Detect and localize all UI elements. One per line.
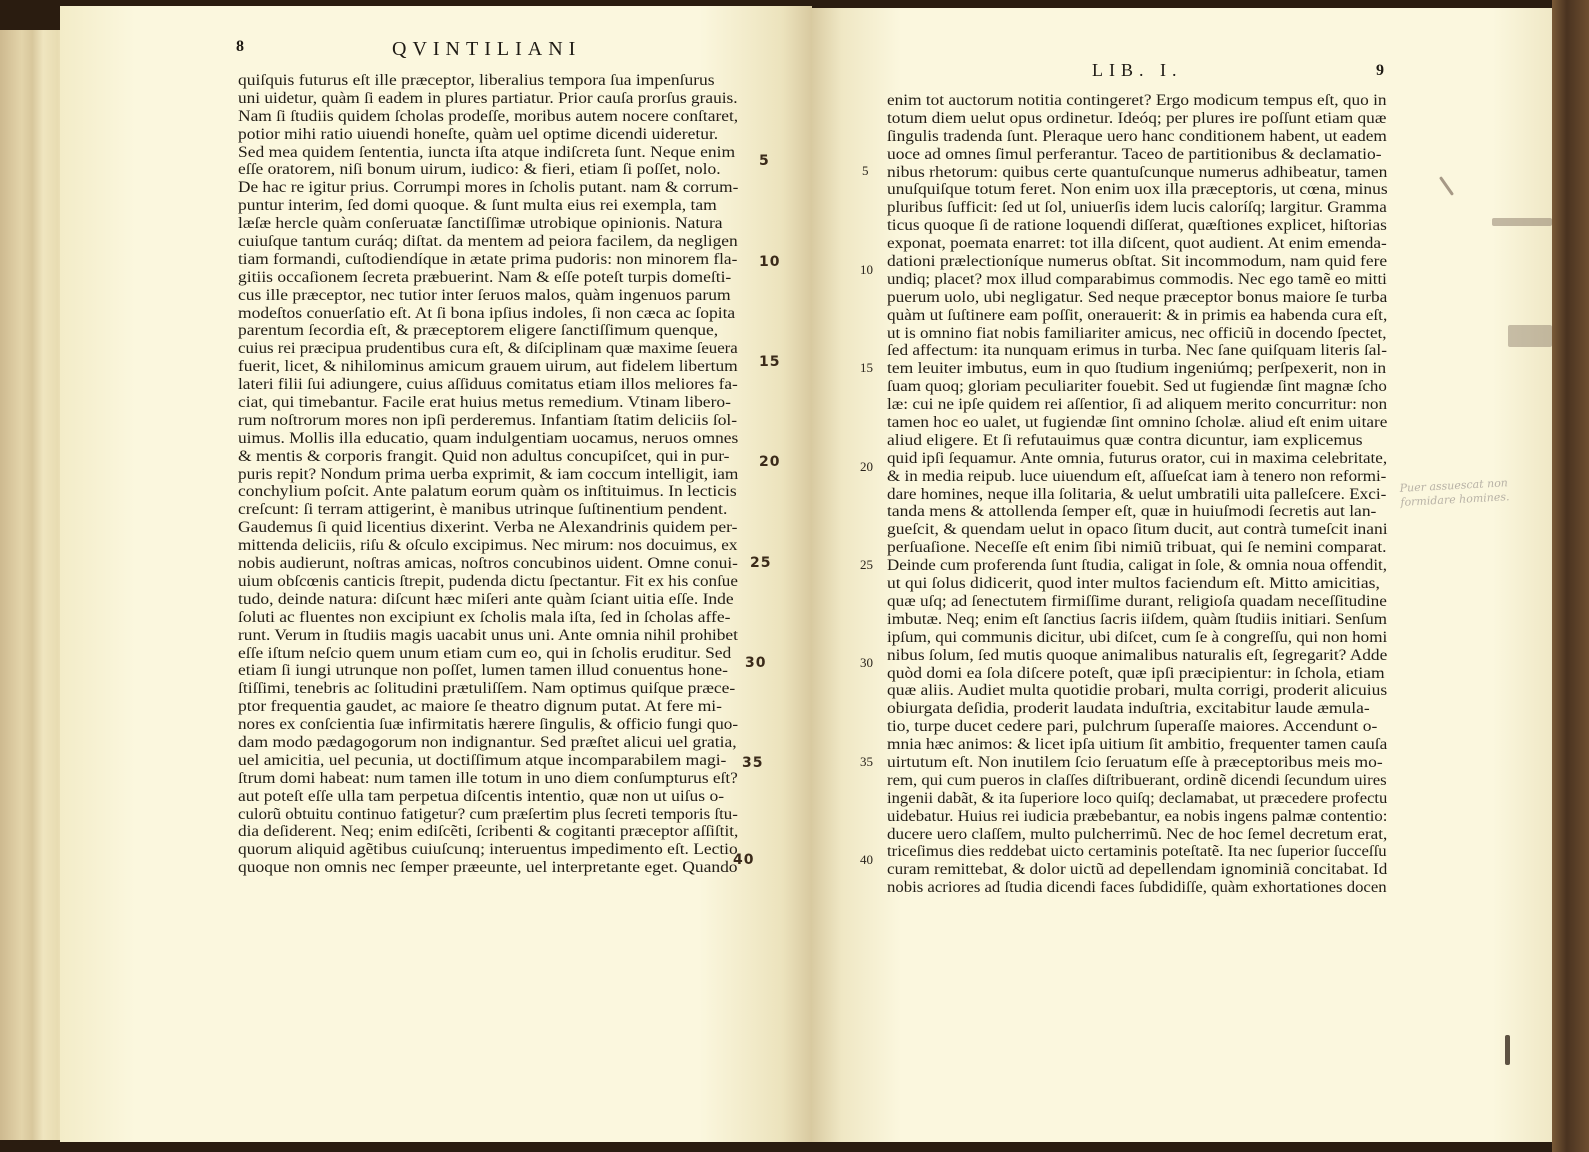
margin-number-15: 15 — [759, 354, 780, 370]
text-line: uel amicitia, uel pecunia, ut doctiſſimu… — [238, 752, 778, 770]
text-line: totum diem uelut opus ordinetur. Ideóq; … — [887, 110, 1421, 128]
text-line: uium obſcœnis canticis ſtrepit, pudenda … — [238, 573, 765, 591]
tab-stain-mark — [1492, 218, 1552, 226]
line-number-10: 10 — [860, 262, 873, 278]
text-line: ſoluti ac fluentes non excipiunt ex ſcho… — [238, 609, 778, 627]
text-line: undiq; placet? mox illud comparabimus co… — [887, 271, 1408, 289]
text-line: uimus. Mollis illa educatio, quam indulg… — [238, 430, 775, 448]
line-number-40: 40 — [860, 852, 873, 868]
left-page-text: quiſquis futurus eſt ille præceptor, lib… — [238, 72, 738, 877]
tab-stain-mark — [1508, 325, 1552, 347]
text-line: tamen hoc eo ualet, ut fugiendæ ſint omn… — [887, 414, 1418, 432]
text-line: tanda mens & attollenda ſemper eſt, quæ … — [887, 503, 1427, 521]
margin-number-5: 5 — [759, 153, 770, 169]
text-line: ipſum, qui communis dicitur, ubi diſcet,… — [887, 629, 1414, 647]
text-line: nibus rhetorum: quibus certe quantuſcunq… — [887, 164, 1426, 182]
text-line: dia deſiderent. Neq; enim ediſcẽti, ſcri… — [238, 823, 769, 841]
line-number-5: 5 — [862, 163, 869, 179]
text-line: nibus ſolum, ſed mutis quoque animalibus… — [887, 647, 1423, 665]
text-line: quoque non omnis nec ſemper præeunte, ue… — [238, 859, 778, 877]
text-line: exponat, poemata enarret: tot illa diſce… — [887, 235, 1419, 253]
text-line: ingenii dabãt, & ita ſuperiore loco quiſ… — [887, 790, 1400, 808]
text-line: lateri filii ſui adiungere, cuius aſſidu… — [238, 376, 772, 394]
text-line: uirtutum eſt. Non inutilem ſcio ſeruatum… — [887, 754, 1427, 772]
text-line: conchylium poſcit. Ante palatum eorum qu… — [238, 483, 778, 501]
text-line: ciat, qui timebantur. Facile erat huius … — [238, 394, 778, 412]
book-spread: 8 QVINTILIANI quiſquis futurus eſt ille … — [0, 0, 1589, 1152]
text-line: cus ille præceptor, nec tutior inter ſer… — [238, 287, 778, 305]
text-line: tem leuiter imbutus, eum in quo ſtudium … — [887, 360, 1427, 378]
text-line: obiurgata deſidia, proderit laudata indu… — [887, 700, 1427, 718]
text-line: nobis audierunt, noſtras amicas, noſtros… — [238, 555, 770, 573]
text-line: quòd domi ea ſola diſcere poteſt, quæ ip… — [887, 665, 1427, 683]
text-line: ſingulis tradenda ſunt. Pleraque uero ha… — [887, 128, 1420, 146]
text-line: pluribus ſufficit: ſed ut ſol, uniuerſis… — [887, 199, 1412, 217]
line-number-15: 15 — [860, 360, 873, 376]
text-line: ſtiſſimi, tenebris ac ſolitudini prætuli… — [238, 680, 778, 698]
text-line: Deinde cum proferenda ſunt ſtudia, calig… — [887, 557, 1409, 575]
text-line: enim tot auctorum notitia contingeret? E… — [887, 92, 1420, 110]
text-line: potior mihi ratio uiuendi honeſte, quàm … — [238, 126, 778, 144]
text-line: rum noſtrorum mores non ipſi perderemus.… — [238, 412, 778, 430]
margin-number-25: 25 — [750, 555, 771, 571]
text-line: tio, turpe ducet cedere pari, pulchrum ſ… — [887, 718, 1427, 736]
text-line: parentum ſecordia eſt, & præceptorem eli… — [238, 322, 778, 340]
text-line: quiſquis futurus eſt ille præceptor, lib… — [238, 72, 778, 90]
text-line: gueſcit, & quendam uelut in opaco ſitum … — [887, 521, 1426, 539]
text-line: tudo, deinde natura: diſcunt hæc miſeri … — [238, 591, 778, 609]
left-running-head: QVINTILIANI — [392, 38, 581, 61]
right-page-text: enim tot auctorum notitia contingeret? E… — [887, 92, 1387, 897]
text-line: ticus quoque ſi de ratione loquendi diſſ… — [887, 217, 1420, 235]
text-line: runt. Verum in ſtudiis magis uacabit unu… — [238, 627, 775, 645]
text-line: rem, qui cum pueros in claſſes diſtribue… — [887, 772, 1404, 790]
text-line: ſed affectum: ita nunquam erimus in turb… — [887, 342, 1420, 360]
text-line: puerum uolo, ubi negligatur. Sed neque p… — [887, 289, 1421, 307]
margin-number-30: 30 — [745, 655, 766, 671]
line-number-25: 25 — [860, 557, 873, 573]
text-line: unuſquiſque totum feret. Non enim uox il… — [887, 181, 1426, 199]
right-page-edges — [1552, 0, 1589, 1152]
text-line: imbutæ. Neq; enim eſt ſanctius ſacris ii… — [887, 611, 1411, 629]
text-line: eſſe iſtum neſcio quem unum etiam cum eo… — [238, 645, 778, 663]
text-line: puntur interim, ſed domi quoque. & ſunt … — [238, 197, 778, 215]
text-line: dare homines, neque illa ſolitaria, & ue… — [887, 486, 1417, 504]
text-line: perſuaſione. Neceſſe eſt enim ſibi nimiũ… — [887, 539, 1427, 557]
text-line: nores ex conſcientia ſuæ infirmitatis hæ… — [238, 716, 767, 734]
text-line: nobis acriores ad ſtudia dicendi faces ſ… — [887, 879, 1404, 897]
ink-stroke-mark — [1505, 1035, 1510, 1065]
text-line: & in media reipub. luce uiuendum eſt, aſ… — [887, 468, 1412, 486]
text-line: ducere uero claſſem, multo pulcherrimũ. … — [887, 826, 1415, 844]
text-line: mnia hæc animos: & licet ipſa uitium ſit… — [887, 736, 1421, 754]
text-line: ut qui ſolus didicerit, quod inter multo… — [887, 575, 1427, 593]
text-line: triceſimus dies reddebat uicto certamini… — [887, 843, 1403, 861]
text-line: culorũ obtuitu continuo fatigetur? cum p… — [238, 806, 759, 824]
line-number-35: 35 — [860, 754, 873, 770]
text-line: dam modo pædagogorum non indignantur. Se… — [238, 734, 778, 752]
text-line: uoce ad omnes ſimul perferantur. Taceo d… — [887, 146, 1427, 164]
text-line: modeſtos conuerſatio eſt. At ſi bona ipſ… — [238, 305, 778, 323]
text-line: De hac re igitur prius. Corrumpi mores i… — [238, 179, 771, 197]
text-line: quæ uſq; ad ſenectutem firmiſſime durant… — [887, 593, 1418, 611]
margin-number-10: 10 — [759, 254, 780, 270]
text-line: eſſe oratorem, niſi bonum uirum, iudico:… — [238, 161, 778, 179]
text-line: quid ipſi ſequamur. Ante omnia, futurus … — [887, 450, 1415, 468]
text-line: quæ aliis. Audiet multa quotidie probari… — [887, 682, 1426, 700]
text-line: quàm ut ſuſtinere eam poſſit, onerauerit… — [887, 307, 1420, 325]
text-line: ſuam quoq; gloriam peculiariter fouebit.… — [887, 378, 1411, 396]
line-number-20: 20 — [860, 459, 873, 475]
left-folio: 8 — [236, 38, 244, 56]
text-line: dationi prælectioníque numerus obſtat. S… — [887, 253, 1426, 271]
text-line: Gaudemus ſi quid licentius dixerint. Ver… — [238, 519, 778, 537]
text-line: cuiuſque tantum curáq; diſtat. da mentem… — [238, 233, 775, 251]
text-line: tiam formandi, cuſtodiendíque in ætate p… — [238, 251, 772, 269]
text-line: ſtrum domi habeat: num tamen ille totum … — [238, 770, 772, 788]
margin-number-35: 35 — [742, 755, 763, 771]
text-line: quorum aliquid agẽtibus cuiuſcunq; inter… — [238, 841, 776, 859]
text-line: Nam ſi ſtudiis quidem ſcholas prodeſſe, … — [238, 108, 776, 126]
text-line: creſcunt: ſi terram attigerint, è manibu… — [238, 501, 778, 519]
text-line: cuius rei præcipua prudentibus cura eſt,… — [238, 340, 758, 358]
text-line: curam remittebat, & dolor uictũ ad depel… — [887, 861, 1416, 879]
margin-number-20: 20 — [759, 454, 780, 470]
text-line: puris repit? Nondum prima uerba exprimit… — [238, 466, 771, 484]
text-line: uni uidetur, quàm ſi eadem in plures par… — [238, 90, 772, 108]
text-line: ut is omnino fiat nobis familiariter ami… — [887, 325, 1411, 343]
text-line: læ: cui ne ipſe quidem rei aſſentior, ſi… — [887, 396, 1419, 414]
text-line: fuerit, licet, & nihilominus amicum grau… — [238, 358, 776, 376]
text-line: læſæ hercle quàm conſeruatæ ſanctiſſimæ … — [238, 215, 778, 233]
text-line: gitiis occaſionem ſecreta præbuerint. Na… — [238, 269, 778, 287]
text-line: aliud eligere. Et ſi refutauimus quæ con… — [887, 432, 1427, 450]
text-line: uidebatur. Huius rei iudicia præbebantur… — [887, 808, 1404, 826]
text-line: ptor frequentia gaudet, ac maiore ſe the… — [238, 698, 778, 716]
right-folio: 9 — [1376, 62, 1384, 80]
margin-number-40: 40 — [733, 852, 754, 868]
text-line: Sed mea quidem ſententia, iuncta iſta at… — [238, 144, 778, 162]
text-line: mittenda deliciis, riſu & oſculo excipim… — [238, 537, 767, 555]
text-line: etiam ſi iungi utrunque non poſſet, lume… — [238, 662, 778, 680]
right-running-head: LIB. I. — [1092, 60, 1183, 81]
line-number-30: 30 — [860, 655, 873, 671]
text-line: aut poteſt eſſe ulla tam perpetua diſcen… — [238, 788, 778, 806]
text-line: & mentis & corporis frangit. Quid non ad… — [238, 448, 778, 466]
